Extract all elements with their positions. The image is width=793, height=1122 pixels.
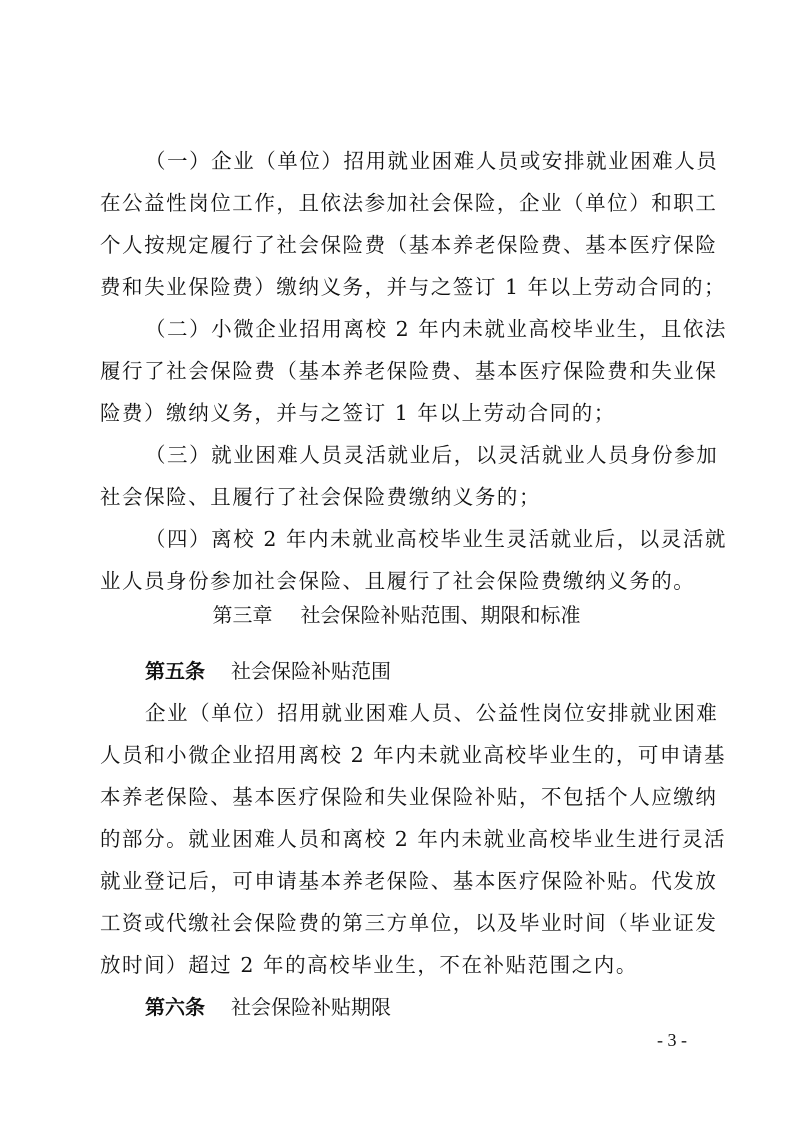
article-heading-5: 第五条社会保险补贴范围 [145, 656, 391, 686]
paragraph-line: （二）小微企业招用离校 2 年内未就业高校毕业生，且依法 [145, 314, 745, 344]
paragraph-line: 业人员身份参加社会保险、且履行了社会保险费缴纳义务的。 [100, 566, 700, 596]
paragraph-line: 险费）缴纳义务，并与之签订 1 年以上劳动合同的； [100, 398, 700, 428]
paragraph-line: 个人按规定履行了社会保险费（基本养老保险费、基本医疗保险 [100, 230, 700, 260]
article-label: 第六条 [145, 995, 205, 1019]
paragraph-line: 社会保险、且履行了社会保险费缴纳义务的； [100, 482, 700, 512]
paragraph-line: 本养老保险、基本医疗保险和失业保险补贴，不包括个人应缴纳 [100, 782, 700, 812]
article-label: 第五条 [145, 659, 205, 683]
paragraph-line: 的部分。就业困难人员和离校 2 年内未就业高校毕业生进行灵活 [100, 824, 700, 854]
paragraph-line: 放时间）超过 2 年的高校毕业生，不在补贴范围之内。 [100, 950, 700, 980]
page-number: - 3 - [657, 1028, 687, 1052]
article-title: 社会保险补贴期限 [231, 995, 391, 1019]
article-heading-6: 第六条社会保险补贴期限 [145, 992, 391, 1022]
paragraph-line: 费和失业保险费）缴纳义务，并与之签订 1 年以上劳动合同的； [100, 272, 700, 302]
paragraph-line: （四）离校 2 年内未就业高校毕业生灵活就业后，以灵活就 [145, 524, 745, 554]
article-title: 社会保险补贴范围 [231, 659, 391, 683]
paragraph-line: 履行了社会保险费（基本养老保险费、基本医疗保险费和失业保 [100, 356, 700, 386]
chapter-label: 第三章 [213, 603, 273, 627]
paragraph-line: （一）企业（单位）招用就业困难人员或安排就业困难人员 [145, 146, 745, 176]
paragraph-line: 人员和小微企业招用离校 2 年内未就业高校毕业生的，可申请基 [100, 740, 700, 770]
paragraph-line: 在公益性岗位工作，且依法参加社会保险，企业（单位）和职工 [100, 188, 700, 218]
paragraph-line: （三）就业困难人员灵活就业后，以灵活就业人员身份参加 [145, 440, 745, 470]
chapter-heading: 第三章社会保险补贴范围、期限和标准 [0, 600, 793, 630]
paragraph-line: 工资或代缴社会保险费的第三方单位，以及毕业时间（毕业证发 [100, 908, 700, 938]
chapter-title: 社会保险补贴范围、期限和标准 [301, 603, 581, 627]
paragraph-line: 就业登记后，可申请基本养老保险、基本医疗保险补贴。代发放 [100, 866, 700, 896]
paragraph-line: 企业（单位）招用就业困难人员、公益性岗位安排就业困难 [145, 698, 745, 728]
